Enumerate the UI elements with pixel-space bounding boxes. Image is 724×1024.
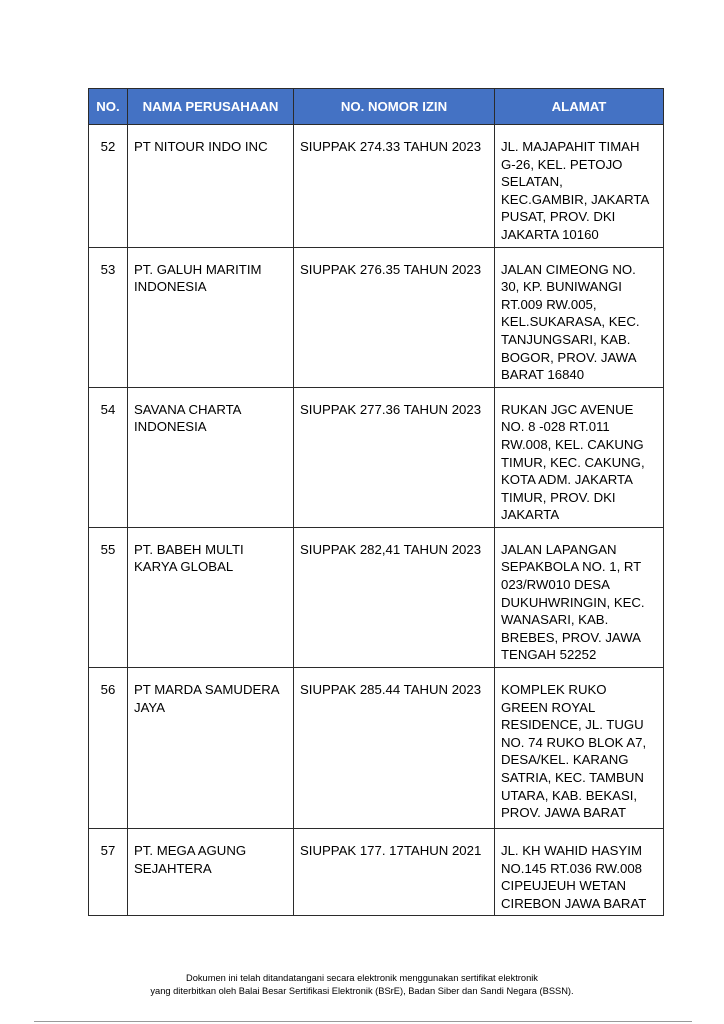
- address-line: KOTA ADM. JAKARTA: [501, 471, 657, 489]
- address-line: SATRIA, KEC. TAMBUN: [501, 769, 657, 787]
- company-name: PT. BABEH MULTI KARYA GLOBAL: [128, 527, 294, 667]
- table-header: NO. NAMA PERUSAHAAN NO. NOMOR IZIN ALAMA…: [89, 89, 664, 125]
- address-line: BARAT 16840: [501, 366, 657, 384]
- company-name: SAVANA CHARTA INDONESIA: [128, 387, 294, 527]
- address-line: DUKUHWRINGIN, KEC.: [501, 594, 657, 612]
- address-line: PUSAT, PROV. DKI: [501, 208, 657, 226]
- row-number: 52: [89, 125, 128, 248]
- address-line: G-26, KEL. PETOJO: [501, 156, 657, 174]
- company-name: PT. GALUH MARITIM INDONESIA: [128, 247, 294, 387]
- e-signature-notice-line-1: Dokumen ini telah ditandatangani secara …: [0, 972, 724, 985]
- address-line: RT.009 RW.005,: [501, 296, 657, 314]
- address: KOMPLEK RUKOGREEN ROYALRESIDENCE, JL. TU…: [495, 668, 664, 829]
- permit-number: SIUPPAK 276.35 TAHUN 2023: [294, 247, 495, 387]
- address-line: CIPEUJEUH WETAN: [501, 877, 657, 895]
- address: JL. KH WAHID HASYIMNO.145 RT.036 RW.008C…: [495, 829, 664, 916]
- company-permit-table: NO. NAMA PERUSAHAAN NO. NOMOR IZIN ALAMA…: [88, 88, 664, 916]
- address-line: RESIDENCE, JL. TUGU: [501, 716, 657, 734]
- address-line: BOGOR, PROV. JAWA: [501, 349, 657, 367]
- header-permit-number: NO. NOMOR IZIN: [294, 89, 495, 125]
- address-line: JAKARTA: [501, 506, 657, 524]
- address-line: NO. 74 RUKO BLOK A7,: [501, 734, 657, 752]
- header-address: ALAMAT: [495, 89, 664, 125]
- table-row: 55 PT. BABEH MULTI KARYA GLOBAL SIUPPAK …: [89, 527, 664, 667]
- table-body: 52 PT NITOUR INDO INC SIUPPAK 274.33 TAH…: [89, 125, 664, 916]
- address-line: 023/RW010 DESA: [501, 576, 657, 594]
- address: JL. MAJAPAHIT TIMAHG-26, KEL. PETOJOSELA…: [495, 125, 664, 248]
- address-line: BREBES, PROV. JAWA: [501, 629, 657, 647]
- header-row: NO. NAMA PERUSAHAAN NO. NOMOR IZIN ALAMA…: [89, 89, 664, 125]
- address-line: SELATAN,: [501, 173, 657, 191]
- address-line: KEL.SUKARASA, KEC.: [501, 313, 657, 331]
- permit-number: SIUPPAK 277.36 TAHUN 2023: [294, 387, 495, 527]
- address: JALAN LAPANGANSEPAKBOLA NO. 1, RT023/RW0…: [495, 527, 664, 667]
- address-line: KOMPLEK RUKO: [501, 681, 657, 699]
- address-line: KEC.GAMBIR, JAKARTA: [501, 191, 657, 209]
- permit-number: SIUPPAK 285.44 TAHUN 2023: [294, 668, 495, 829]
- address-line: UTARA, KAB. BEKASI,: [501, 787, 657, 805]
- address-line: JALAN LAPANGAN: [501, 541, 657, 559]
- address-line: SEPAKBOLA NO. 1, RT: [501, 558, 657, 576]
- address-line: TANJUNGSARI, KAB.: [501, 331, 657, 349]
- company-name: PT. MEGA AGUNG SEJAHTERA: [128, 829, 294, 916]
- table-row: 52 PT NITOUR INDO INC SIUPPAK 274.33 TAH…: [89, 125, 664, 248]
- table-row: 56 PT MARDA SAMUDERA JAYA SIUPPAK 285.44…: [89, 668, 664, 829]
- address-line: TIMUR, PROV. DKI: [501, 489, 657, 507]
- address-line: TIMUR, KEC. CAKUNG,: [501, 454, 657, 472]
- permit-number: SIUPPAK 274.33 TAHUN 2023: [294, 125, 495, 248]
- address-line: NO.145 RT.036 RW.008: [501, 860, 657, 878]
- address-line: TENGAH 52252: [501, 646, 657, 664]
- address-line: RUKAN JGC AVENUE: [501, 401, 657, 419]
- address-line: WANASARI, KAB.: [501, 611, 657, 629]
- address-line: GREEN ROYAL: [501, 699, 657, 717]
- address-line: JAKARTA 10160: [501, 226, 657, 244]
- e-signature-notice-line-2: yang diterbitkan oleh Balai Besar Sertif…: [0, 985, 724, 998]
- document-page: NO. NAMA PERUSAHAAN NO. NOMOR IZIN ALAMA…: [0, 0, 724, 1024]
- row-number: 53: [89, 247, 128, 387]
- address: JALAN CIMEONG NO.30, KP. BUNIWANGIRT.009…: [495, 247, 664, 387]
- address-line: DESA/KEL. KARANG: [501, 751, 657, 769]
- table-row: 54 SAVANA CHARTA INDONESIA SIUPPAK 277.3…: [89, 387, 664, 527]
- e-signature-notice: Dokumen ini telah ditandatangani secara …: [0, 972, 724, 998]
- header-no: NO.: [89, 89, 128, 125]
- address-line: NO. 8 -028 RT.011: [501, 418, 657, 436]
- page-bottom-divider: [34, 1021, 692, 1022]
- address-line: JL. KH WAHID HASYIM: [501, 842, 657, 860]
- address-line: RW.008, KEL. CAKUNG: [501, 436, 657, 454]
- address: RUKAN JGC AVENUENO. 8 -028 RT.011RW.008,…: [495, 387, 664, 527]
- table-row: 57 PT. MEGA AGUNG SEJAHTERA SIUPPAK 177.…: [89, 829, 664, 916]
- address-line: JALAN CIMEONG NO.: [501, 261, 657, 279]
- company-name: PT NITOUR INDO INC: [128, 125, 294, 248]
- address-line: PROV. JAWA BARAT: [501, 804, 657, 822]
- header-company-name: NAMA PERUSAHAAN: [128, 89, 294, 125]
- permit-number: SIUPPAK 177. 17TAHUN 2021: [294, 829, 495, 916]
- address-line: JL. MAJAPAHIT TIMAH: [501, 138, 657, 156]
- address-line: CIREBON JAWA BARAT: [501, 895, 657, 913]
- permit-number: SIUPPAK 282,41 TAHUN 2023: [294, 527, 495, 667]
- company-name: PT MARDA SAMUDERA JAYA: [128, 668, 294, 829]
- row-number: 56: [89, 668, 128, 829]
- row-number: 55: [89, 527, 128, 667]
- row-number: 57: [89, 829, 128, 916]
- table-row: 53 PT. GALUH MARITIM INDONESIA SIUPPAK 2…: [89, 247, 664, 387]
- address-line: 30, KP. BUNIWANGI: [501, 278, 657, 296]
- row-number: 54: [89, 387, 128, 527]
